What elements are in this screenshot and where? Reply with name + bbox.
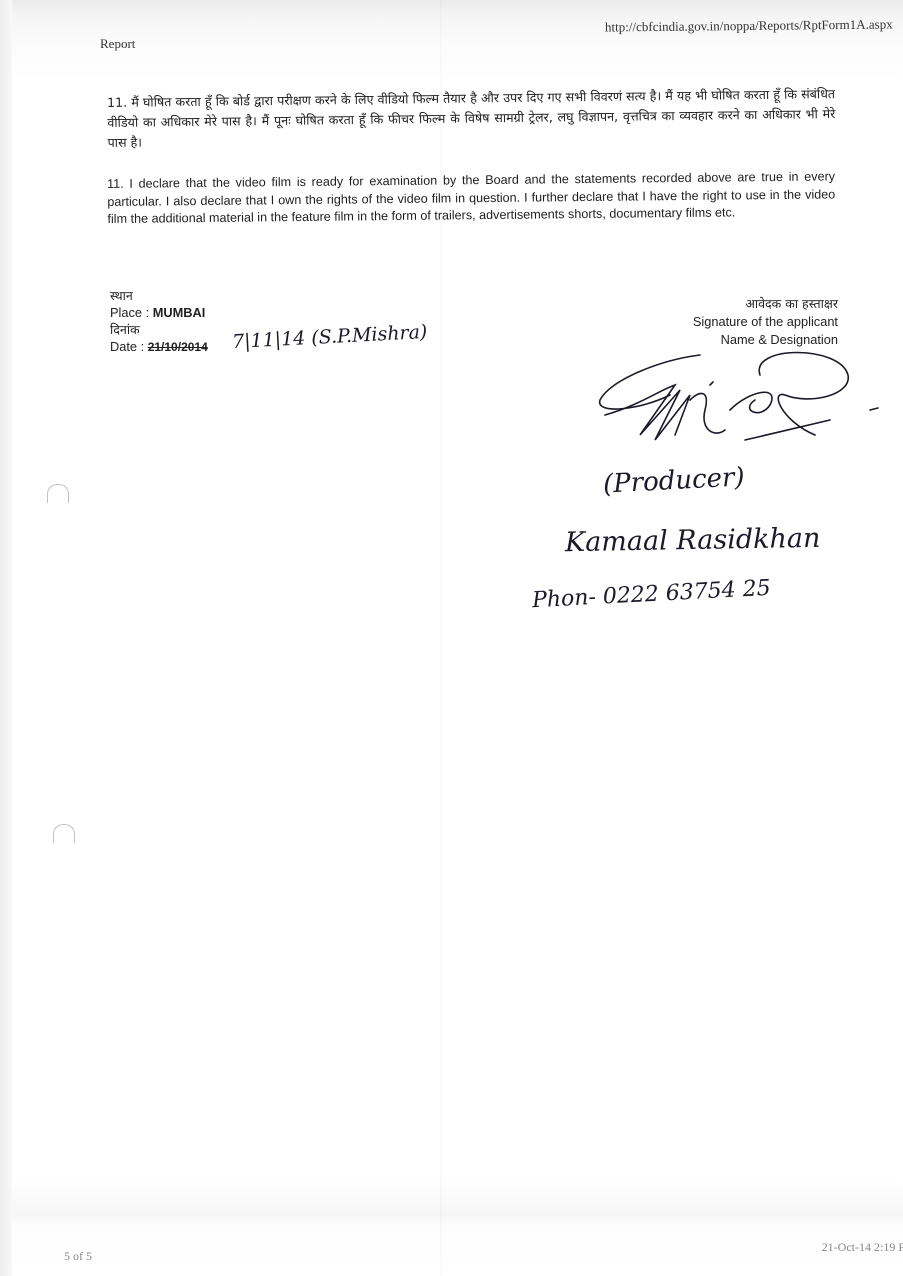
- signature-label-hindi: आवेदक का हस्ताक्षर: [693, 295, 838, 313]
- designation-handwritten: (Producer): [602, 462, 745, 499]
- signature-block: आवेदक का हस्ताक्षर Signature of the appl…: [693, 295, 838, 349]
- scanned-page: Report http://cbfcindia.gov.in/noppa/Rep…: [0, 0, 903, 1276]
- place-label: Place :: [110, 305, 153, 320]
- punch-hole-icon: [47, 484, 69, 503]
- signature-scribble-icon: [580, 350, 880, 450]
- date-printed-struck: 21/10/2014: [148, 340, 208, 354]
- page-number: 5 of 5: [64, 1249, 92, 1264]
- header-url: http://cbfcindia.gov.in/noppa/Reports/Rp…: [605, 16, 893, 35]
- date-label-hindi: दिनांक: [110, 321, 208, 338]
- date-line: Date : 21/10/2014: [110, 338, 208, 356]
- punch-hole-icon: [53, 824, 75, 843]
- name-handwritten: Kamaal Rasidkhan: [565, 523, 821, 558]
- scan-edge-shadow: [0, 0, 12, 1276]
- signature-label: Signature of the applicant: [693, 313, 838, 331]
- date-handwritten: 7|11|14 (S.P.Mishra): [232, 321, 428, 353]
- declaration-hindi: 11. मैं घोषित करता हूँ कि बोर्ड द्वारा प…: [107, 84, 836, 153]
- signature-sublabel: Name & Designation: [693, 331, 838, 349]
- date-label: Date :: [110, 339, 148, 354]
- place-value: MUMBAI: [153, 305, 206, 320]
- place-date-block: स्थान Place : MUMBAI दिनांक Date : 21/10…: [110, 287, 208, 356]
- phone-handwritten: Phon- 0222 63754 25: [532, 576, 772, 613]
- place-line: Place : MUMBAI: [110, 304, 208, 321]
- declaration-english: 11. I declare that the video film is rea…: [107, 168, 836, 228]
- place-label-hindi: स्थान: [110, 287, 208, 304]
- header-title: Report: [100, 36, 135, 52]
- print-timestamp: 21-Oct-14 2:19 P: [822, 1240, 903, 1255]
